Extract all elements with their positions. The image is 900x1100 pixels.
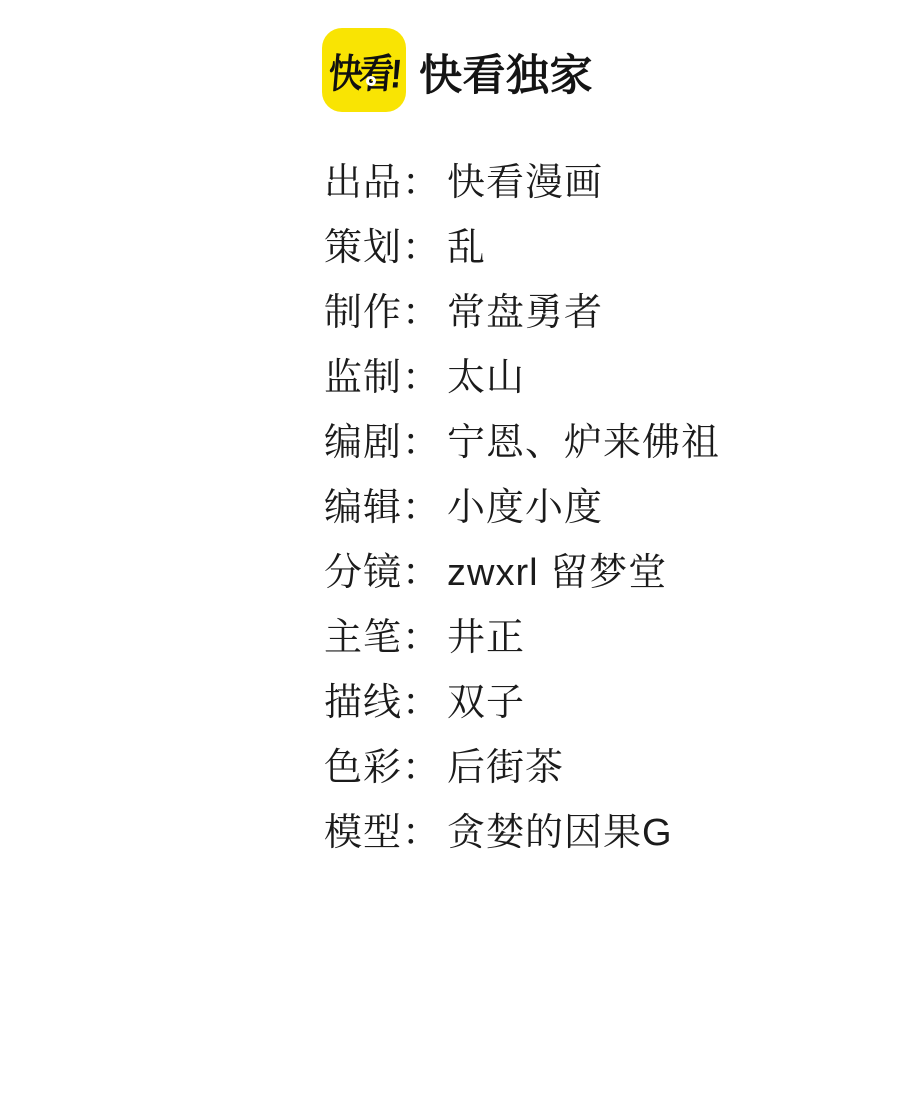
- credit-person-value: 贪婪的因果G: [447, 801, 673, 856]
- credit-role-label: 编辑: [324, 476, 402, 531]
- credit-row: 主笔： 井正: [324, 601, 720, 666]
- credit-role-label: 制作: [324, 281, 402, 336]
- credit-colon: ：: [402, 281, 440, 336]
- kuaikan-logo-text: 快看!: [326, 41, 401, 99]
- credit-row: 模型： 贪婪的因果G: [324, 796, 720, 861]
- credit-colon: ：: [402, 736, 440, 791]
- credit-role-label: 监制: [324, 346, 402, 401]
- credit-row: 出品： 快看漫画: [324, 146, 720, 211]
- credits-list: 出品： 快看漫画 策划： 乱 制作： 常盘勇者 监制： 太山 编剧： 宁恩、炉来…: [324, 146, 720, 861]
- credit-row: 编剧： 宁恩、炉来佛祖: [324, 406, 720, 471]
- credit-person-value: 小度小度: [447, 476, 603, 531]
- credit-row: 制作： 常盘勇者: [324, 276, 720, 341]
- credit-colon: ：: [402, 801, 440, 856]
- credit-role-label: 出品: [324, 151, 402, 206]
- credit-colon: ：: [402, 151, 440, 206]
- credit-role-label: 描线: [324, 671, 402, 726]
- credit-person-value: 乱: [447, 216, 486, 271]
- credit-person-value: 后街茶: [447, 736, 564, 791]
- comic-credits-page: 快看! 快看独家 出品： 快看漫画 策划： 乱 制作： 常盘勇者 监制： 太山 …: [0, 0, 900, 1100]
- credit-colon: ：: [402, 411, 440, 466]
- credit-colon: ：: [402, 671, 440, 726]
- kuaikan-logo: 快看!: [322, 28, 406, 112]
- credit-role-label: 模型: [324, 801, 402, 856]
- credit-row: 监制： 太山: [324, 341, 720, 406]
- credit-role-label: 编剧: [324, 411, 402, 466]
- credit-row: 色彩： 后街茶: [324, 731, 720, 796]
- credit-colon: ：: [402, 476, 440, 531]
- brand-title: 快看独家: [419, 42, 593, 103]
- credit-person-value: 快看漫画: [447, 151, 603, 206]
- credit-row: 策划： 乱: [324, 211, 720, 276]
- credit-role-label: 主笔: [324, 606, 402, 661]
- credit-row: 分镜： zwxrl 留梦堂: [324, 536, 720, 601]
- credit-person-value: 常盘勇者: [447, 281, 603, 336]
- credit-colon: ：: [402, 606, 440, 661]
- credit-role-label: 色彩: [324, 736, 402, 791]
- credit-row: 描线： 双子: [324, 666, 720, 731]
- credit-colon: ：: [402, 216, 440, 271]
- credit-colon: ：: [402, 346, 440, 401]
- credit-role-label: 分镜: [324, 541, 402, 596]
- credit-person-value: 宁恩、炉来佛祖: [447, 411, 720, 466]
- credit-person-value: 双子: [447, 671, 525, 726]
- credit-person-value: zwxrl 留梦堂: [447, 541, 667, 596]
- credit-row: 编辑： 小度小度: [324, 471, 720, 536]
- credit-colon: ：: [402, 541, 440, 596]
- credit-role-label: 策划: [324, 216, 402, 271]
- credit-person-value: 太山: [447, 346, 525, 401]
- credit-person-value: 井正: [447, 606, 525, 661]
